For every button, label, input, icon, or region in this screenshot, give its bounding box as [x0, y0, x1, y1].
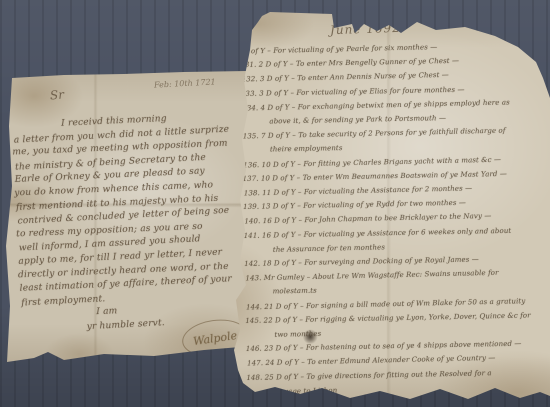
- register-entries: th of Y – For victualing of ye Pearle fo…: [240, 38, 550, 399]
- letter-date: Feb: 10th 1721: [154, 77, 216, 89]
- letter-salutation: Sr: [50, 88, 65, 103]
- stamp-text: Walpole: [192, 328, 238, 347]
- right-register-page: June 1692 th of Y – For victualing of ye…: [226, 8, 550, 404]
- letter-body: I receivd this morninga letter from you …: [12, 109, 262, 337]
- photo-of-manuscripts: Sr Feb: 10th 1721 I receivd this morning…: [0, 0, 550, 407]
- register-heading: June 1692: [330, 21, 401, 37]
- left-letter-page: Sr Feb: 10th 1721 I receivd this morning…: [4, 66, 256, 366]
